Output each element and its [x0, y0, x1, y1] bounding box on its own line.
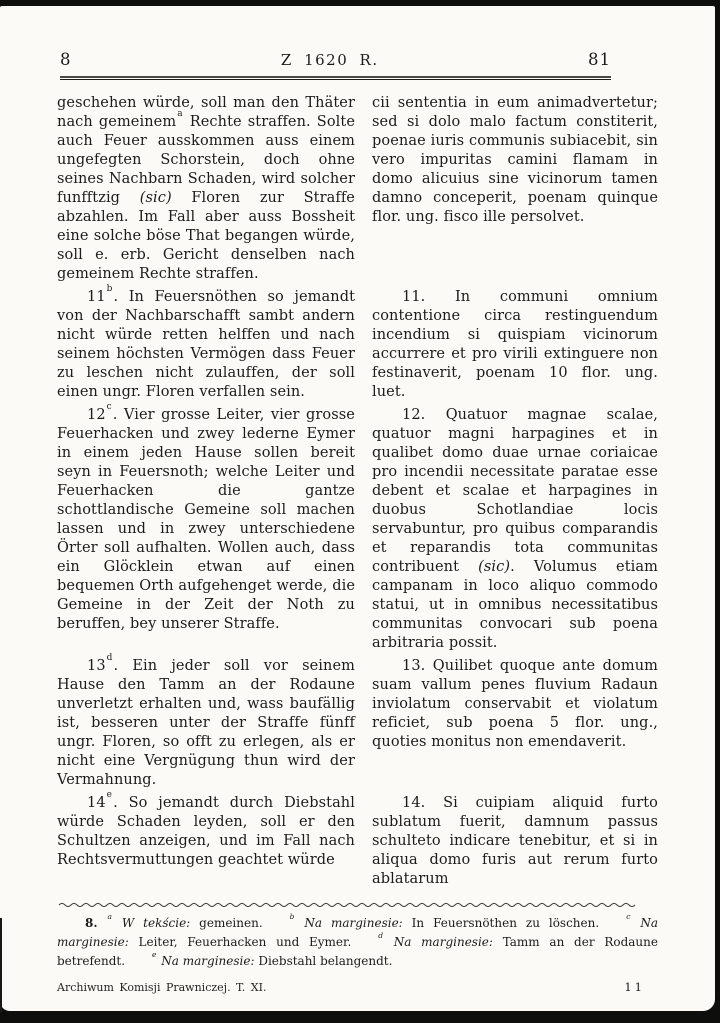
footnotes-text: 8. a W tekście: gemeinen.b Na marginesie…	[57, 914, 658, 971]
paragraph-row-2: 11b. In Feuersnöthen so jemandt von der …	[57, 288, 658, 402]
footnote-separator	[58, 900, 643, 908]
page-footer: Archiwum Komisji Prawniczej. T. XI. 11	[57, 980, 645, 994]
paragraph-row-3: 12c. Vier grosse Leiter, vier grosse Feu…	[57, 406, 658, 653]
footnotes: 8. a W tekście: gemeinen.b Na marginesie…	[57, 914, 658, 971]
paragraph-left-5: 14e. So jemandt durch Diebstahl würde Sc…	[57, 794, 355, 870]
paragraph-row-4: 13d. Ein jeder soll vor seinem Hause den…	[57, 657, 658, 790]
paragraph-right-2: 11. In communi omnium contentione circa …	[372, 288, 658, 402]
text-body: geschehen würde, soll man den Thäter nac…	[57, 94, 658, 889]
paragraph-right-5: 14. Si cuipiam aliquid furto sublatum fu…	[372, 794, 658, 889]
page-header: 8 Z 1620 R. 81	[60, 50, 611, 69]
wavy-line	[59, 903, 635, 906]
paragraph-right-3: 12. Quatuor magnae scalae, quatuor magni…	[372, 406, 658, 653]
page-number-left: 8	[60, 50, 72, 69]
paragraph-right-1: cii sententia in eum animadvertetur; sed…	[372, 94, 658, 227]
header-rule	[60, 76, 611, 80]
page-number-right: 81	[588, 50, 611, 69]
scanned-page: 8 Z 1620 R. 81 geschehen würde, soll man…	[0, 6, 715, 1011]
running-title: Z 1620 R.	[281, 51, 379, 69]
paragraph-left-1: geschehen würde, soll man den Thäter nac…	[57, 94, 355, 284]
series-title: Archiwum Komisji Prawniczej. T. XI.	[57, 981, 266, 994]
paragraph-left-3: 12c. Vier grosse Leiter, vier grosse Feu…	[57, 406, 355, 634]
paragraph-left-4: 13d. Ein jeder soll vor seinem Hause den…	[57, 657, 355, 790]
signature-number: 11	[624, 980, 645, 994]
paragraph-row-1: geschehen würde, soll man den Thäter nac…	[57, 94, 658, 284]
scan-edge-left	[0, 918, 2, 1013]
paragraph-left-2: 11b. In Feuersnöthen so jemandt von der …	[57, 288, 355, 402]
paragraph-right-4: 13. Quilibet quoque ante domum suam vall…	[372, 657, 658, 752]
paragraph-row-5: 14e. So jemandt durch Diebstahl würde Sc…	[57, 794, 658, 889]
